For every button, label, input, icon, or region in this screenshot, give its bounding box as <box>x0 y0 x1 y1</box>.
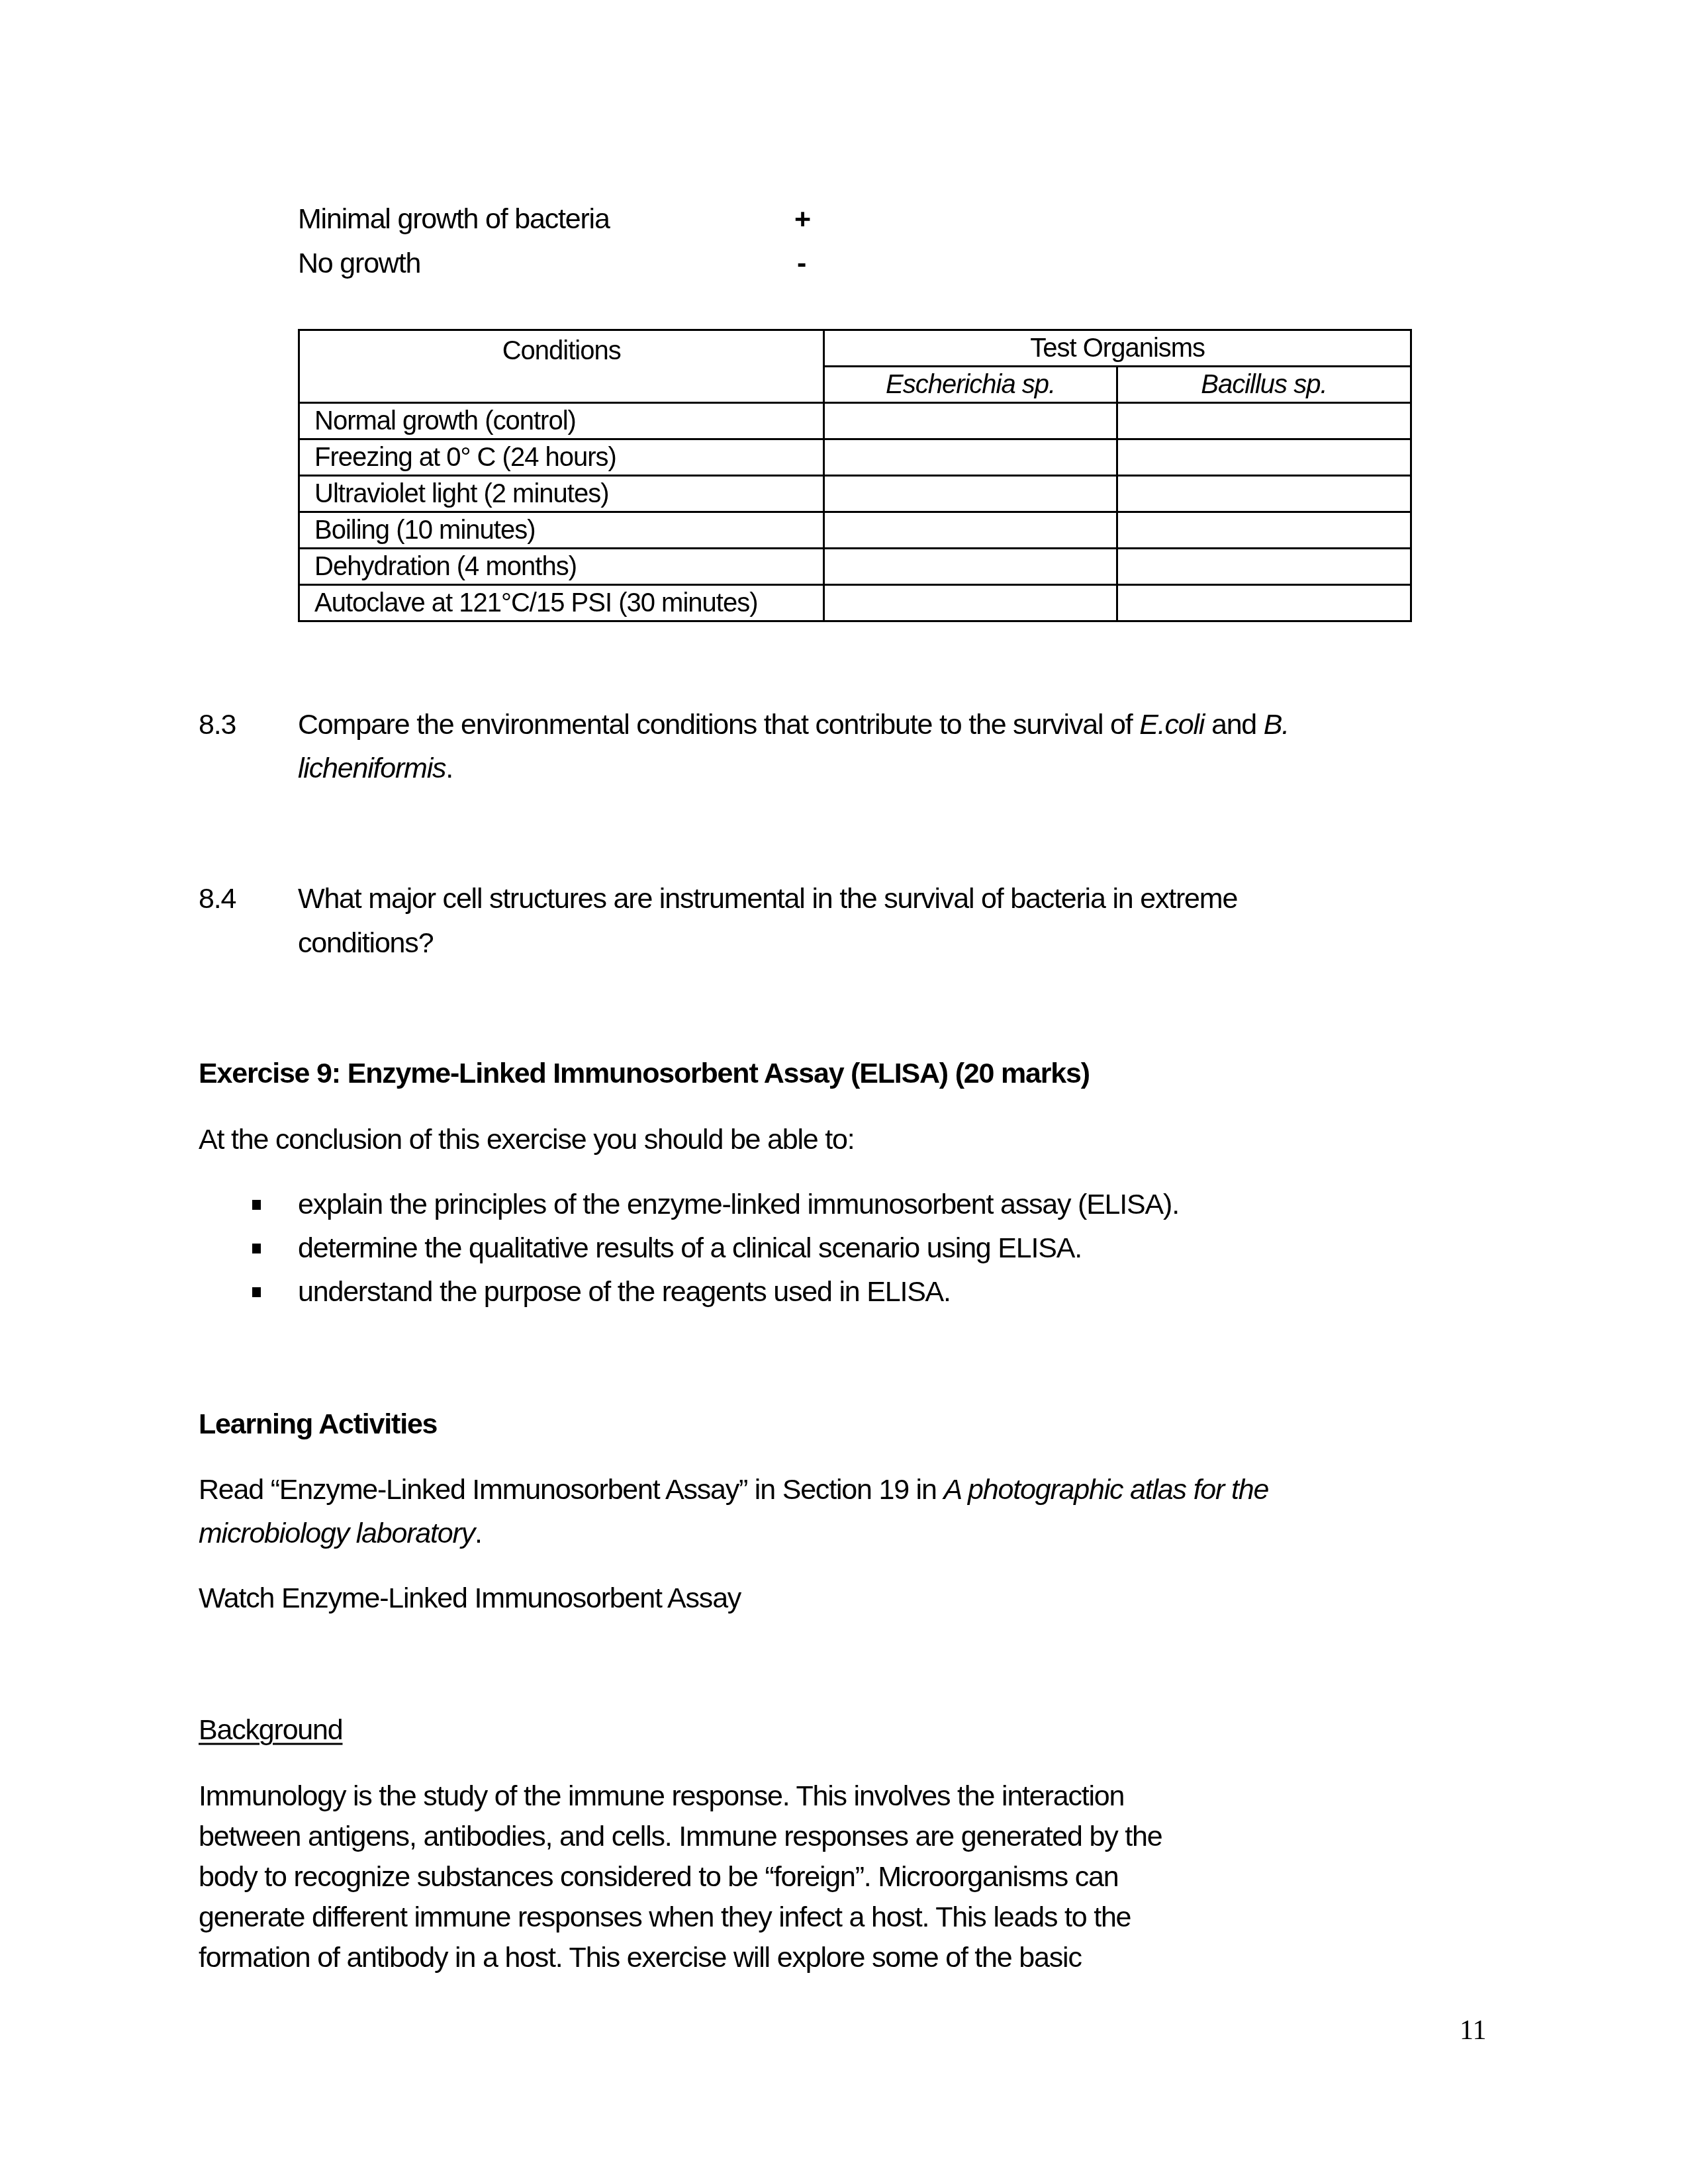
question-8-4-line1: What major cell structures are instrumen… <box>298 885 1237 913</box>
condition-cell: Autoclave at 121°C/15 PSI (30 minutes) <box>299 585 824 621</box>
page-number: 11 <box>1460 2017 1486 2044</box>
objective-item: determine the qualitative results of a c… <box>298 1234 1082 1263</box>
question-8-3-line2: licheniformis. <box>298 754 453 783</box>
exercise-9-heading: Exercise 9: Enzyme-Linked Immunosorbent … <box>199 1060 1090 1088</box>
reading-assignment-line2: microbiology laboratory. <box>199 1520 482 1548</box>
bacillus-result-cell[interactable] <box>1117 476 1411 512</box>
results-table: Conditions Test Organisms Escherichia sp… <box>298 329 1412 622</box>
bacillus-result-cell[interactable] <box>1117 512 1411 549</box>
escherichia-result-cell[interactable] <box>824 476 1117 512</box>
escherichia-result-cell[interactable] <box>824 549 1117 585</box>
condition-cell: Normal growth (control) <box>299 403 824 439</box>
header-test-organisms: Test Organisms <box>824 330 1411 367</box>
bullet-square-icon <box>252 1244 261 1253</box>
legend-label-no-growth: No growth <box>298 250 420 278</box>
background-paragraph-line: formation of antibody in a host. This ex… <box>199 1944 1082 1972</box>
condition-cell: Ultraviolet light (2 minutes) <box>299 476 824 512</box>
escherichia-result-cell[interactable] <box>824 585 1117 621</box>
condition-cell: Freezing at 0° C (24 hours) <box>299 439 824 476</box>
bacillus-result-cell[interactable] <box>1117 403 1411 439</box>
condition-cell: Dehydration (4 months) <box>299 549 824 585</box>
table-header-row: Conditions Test Organisms <box>299 330 1411 367</box>
table-row: Boiling (10 minutes) <box>299 512 1411 549</box>
escherichia-result-cell[interactable] <box>824 403 1117 439</box>
legend-symbol-minus: - <box>797 250 806 278</box>
escherichia-result-cell[interactable] <box>824 512 1117 549</box>
table-row: Normal growth (control) <box>299 403 1411 439</box>
bacillus-result-cell[interactable] <box>1117 549 1411 585</box>
table-row: Ultraviolet light (2 minutes) <box>299 476 1411 512</box>
question-number-8-4: 8.4 <box>199 885 236 913</box>
question-8-3-line1: Compare the environmental conditions tha… <box>298 711 1289 739</box>
question-8-4-line2: conditions? <box>298 929 433 958</box>
escherichia-result-cell[interactable] <box>824 439 1117 476</box>
background-paragraph-line: generate different immune responses when… <box>199 1903 1131 1932</box>
background-paragraph-line: Immunology is the study of the immune re… <box>199 1782 1124 1811</box>
legend-symbol-plus: + <box>794 205 810 234</box>
table-row: Dehydration (4 months) <box>299 549 1411 585</box>
objective-item: understand the purpose of the reagents u… <box>298 1278 951 1306</box>
header-bacillus: Bacillus sp. <box>1117 367 1411 403</box>
condition-cell: Boiling (10 minutes) <box>299 512 824 549</box>
table-row: Autoclave at 121°C/15 PSI (30 minutes) <box>299 585 1411 621</box>
background-paragraph-line: body to recognize substances considered … <box>199 1863 1119 1891</box>
background-heading: Background <box>199 1716 343 1745</box>
header-conditions: Conditions <box>299 330 824 403</box>
watch-assignment: Watch Enzyme-Linked Immunosorbent Assay <box>199 1584 741 1613</box>
learning-activities-heading: Learning Activities <box>199 1410 437 1439</box>
objectives-intro: At the conclusion of this exercise you s… <box>199 1126 855 1154</box>
table-row: Freezing at 0° C (24 hours) <box>299 439 1411 476</box>
bacillus-result-cell[interactable] <box>1117 585 1411 621</box>
background-paragraph-line: between antigens, antibodies, and cells.… <box>199 1823 1162 1851</box>
bacillus-result-cell[interactable] <box>1117 439 1411 476</box>
bullet-square-icon <box>252 1287 261 1297</box>
header-escherichia: Escherichia sp. <box>824 367 1117 403</box>
legend-label-minimal-growth: Minimal growth of bacteria <box>298 205 610 234</box>
objective-item: explain the principles of the enzyme-lin… <box>298 1191 1179 1219</box>
reading-assignment-line1: Read “Enzyme-Linked Immunosorbent Assay”… <box>199 1476 1268 1504</box>
question-number-8-3: 8.3 <box>199 711 236 739</box>
bullet-square-icon <box>252 1200 261 1210</box>
